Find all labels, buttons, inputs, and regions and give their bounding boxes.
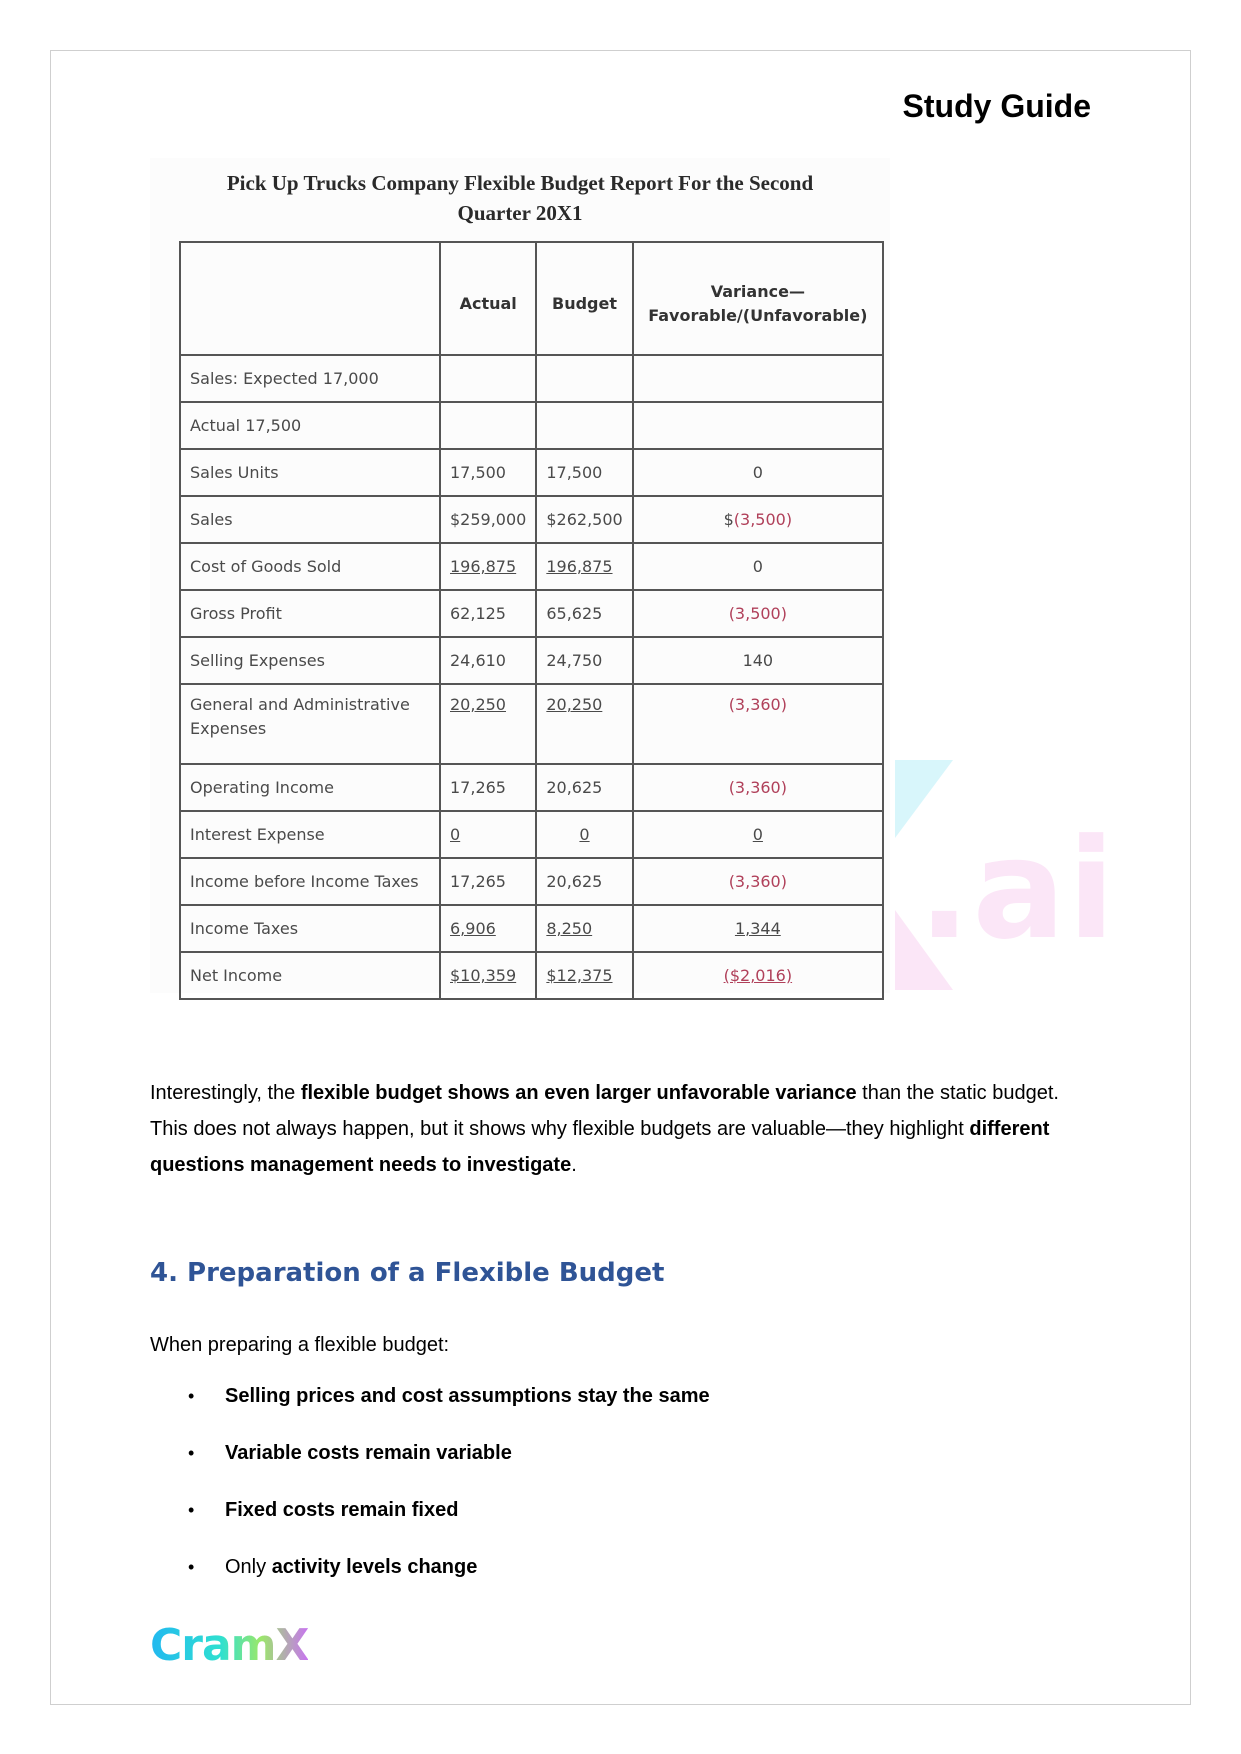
variance-cell: $(3,500) [633, 496, 883, 543]
bold-text: Fixed costs remain fixed [225, 1499, 458, 1521]
variance-cell [633, 402, 883, 449]
table-row: General and Administrative Expenses20,25… [180, 684, 883, 764]
row-label: Sales [180, 496, 440, 543]
row-label: General and Administrative Expenses [180, 684, 440, 764]
actual-cell [440, 355, 536, 402]
actual-cell-value: 20,250 [450, 695, 506, 714]
row-label-value: Income before Income Taxes [190, 872, 419, 891]
budget-cell: 65,625 [536, 590, 632, 637]
table-row: Net Income$10,359$12,375($2,016) [180, 952, 883, 999]
budget-cell-value: 65,625 [546, 604, 602, 623]
variance-cell: 0 [633, 811, 883, 858]
actual-cell-value: $10,359 [450, 966, 516, 985]
section-intro: When preparing a flexible budget: [150, 1334, 449, 1357]
figure-title: Pick Up Trucks Company Flexible Budget R… [190, 168, 850, 228]
row-label: Income before Income Taxes [180, 858, 440, 905]
variance-value: ($2,016) [724, 966, 792, 985]
variance-cell [633, 355, 883, 402]
table-row: Sales Units17,50017,5000 [180, 449, 883, 496]
bullet-list: Selling prices and cost assumptions stay… [150, 1384, 710, 1612]
actual-cell-value: 0 [450, 825, 460, 844]
budget-cell-value: $12,375 [546, 966, 612, 985]
list-item: Only activity levels change [150, 1555, 710, 1612]
bold-text: flexible budget shows an even larger unf… [301, 1082, 857, 1104]
row-label: Net Income [180, 952, 440, 999]
text: Only [225, 1556, 272, 1578]
actual-cell: $259,000 [440, 496, 536, 543]
variance-value: (3,360) [729, 695, 787, 714]
actual-cell-value: 17,500 [450, 463, 506, 482]
table-row: Actual 17,500 [180, 402, 883, 449]
actual-cell: 196,875 [440, 543, 536, 590]
variance-value: 140 [743, 651, 774, 670]
budget-cell-value: 20,625 [546, 872, 602, 891]
budget-cell-value: 20,625 [546, 778, 602, 797]
row-label: Operating Income [180, 764, 440, 811]
row-label-value: Income Taxes [190, 919, 298, 938]
header-label [180, 242, 440, 355]
variance-cell: ($2,016) [633, 952, 883, 999]
table-row: Sales$259,000$262,500$(3,500) [180, 496, 883, 543]
row-label-value: Sales: Expected 17,000 [190, 369, 379, 388]
row-label-value: Cost of Goods Sold [190, 557, 341, 576]
budget-cell: 20,250 [536, 684, 632, 764]
watermark-text: .ai [918, 815, 1117, 965]
budget-cell-value: 20,250 [546, 695, 602, 714]
row-label: Selling Expenses [180, 637, 440, 684]
actual-cell: 62,125 [440, 590, 536, 637]
variance-value: 1,344 [735, 919, 781, 938]
table-row: Operating Income17,26520,625(3,360) [180, 764, 883, 811]
variance-cell: 0 [633, 543, 883, 590]
budget-cell: 17,500 [536, 449, 632, 496]
table-row: Gross Profit62,12565,625(3,500) [180, 590, 883, 637]
section-heading: 4. Preparation of a Flexible Budget [150, 1258, 664, 1288]
variance-cell: (3,500) [633, 590, 883, 637]
variance-prefix: $ [724, 510, 734, 529]
row-label: Interest Expense [180, 811, 440, 858]
budget-cell: $262,500 [536, 496, 632, 543]
actual-cell: 6,906 [440, 905, 536, 952]
variance-value: (3,360) [729, 872, 787, 891]
variance-cell: (3,360) [633, 764, 883, 811]
budget-cell: 8,250 [536, 905, 632, 952]
actual-cell: 20,250 [440, 684, 536, 764]
actual-cell: 0 [440, 811, 536, 858]
variance-cell: 140 [633, 637, 883, 684]
header-budget: Budget [536, 242, 632, 355]
text: . [571, 1154, 577, 1176]
figure-title-line-2: Quarter 20X1 [190, 198, 850, 228]
row-label-value: Net Income [190, 966, 282, 985]
header-variance-line-1: Variance— [643, 280, 873, 304]
table-row: Income before Income Taxes17,26520,625(3… [180, 858, 883, 905]
actual-cell: $10,359 [440, 952, 536, 999]
actual-cell: 24,610 [440, 637, 536, 684]
table-row: Cost of Goods Sold196,875196,8750 [180, 543, 883, 590]
bold-text: activity levels change [272, 1556, 478, 1578]
table-row: Interest Expense000 [180, 811, 883, 858]
row-label-value: Sales [190, 510, 233, 529]
header-variance: Variance— Favorable/(Unfavorable) [633, 242, 883, 355]
page-header-title: Study Guide [903, 88, 1091, 125]
budget-cell: $12,375 [536, 952, 632, 999]
row-label: Sales: Expected 17,000 [180, 355, 440, 402]
table-row: Income Taxes6,9068,2501,344 [180, 905, 883, 952]
header-variance-line-2: Favorable/(Unfavorable) [643, 304, 873, 328]
figure-title-line-1: Pick Up Trucks Company Flexible Budget R… [190, 168, 850, 198]
budget-cell-value: 196,875 [546, 557, 612, 576]
actual-cell-value: 17,265 [450, 872, 506, 891]
budget-cell: 196,875 [536, 543, 632, 590]
list-item: Selling prices and cost assumptions stay… [150, 1384, 710, 1441]
variance-cell: (3,360) [633, 684, 883, 764]
row-label: Income Taxes [180, 905, 440, 952]
budget-cell: 20,625 [536, 858, 632, 905]
row-label-value: Interest Expense [190, 825, 325, 844]
actual-cell-value: 6,906 [450, 919, 496, 938]
actual-cell-value: $259,000 [450, 510, 526, 529]
actual-cell-value: 62,125 [450, 604, 506, 623]
list-item: Variable costs remain variable [150, 1441, 710, 1498]
variance-value: (3,500) [734, 510, 792, 529]
actual-cell [440, 402, 536, 449]
table-row: Selling Expenses24,61024,750140 [180, 637, 883, 684]
budget-cell-value: 8,250 [546, 919, 592, 938]
cramx-logo: CramX [150, 1620, 308, 1671]
row-label-value: Selling Expenses [190, 651, 325, 670]
bold-text: Variable costs remain variable [225, 1442, 512, 1464]
list-item: Fixed costs remain fixed [150, 1498, 710, 1555]
budget-report-figure: Pick Up Trucks Company Flexible Budget R… [150, 158, 890, 993]
header-actual: Actual [440, 242, 536, 355]
flexible-budget-table: Actual Budget Variance— Favorable/(Unfav… [179, 241, 884, 1000]
variance-cell: 0 [633, 449, 883, 496]
budget-cell-value: 0 [579, 825, 589, 844]
variance-cell: (3,360) [633, 858, 883, 905]
row-label: Sales Units [180, 449, 440, 496]
actual-cell: 17,265 [440, 858, 536, 905]
budget-cell: 20,625 [536, 764, 632, 811]
variance-value: (3,360) [729, 778, 787, 797]
actual-cell-value: 17,265 [450, 778, 506, 797]
budget-cell [536, 402, 632, 449]
budget-cell: 0 [536, 811, 632, 858]
table-header-row: Actual Budget Variance— Favorable/(Unfav… [180, 242, 883, 355]
table-row: Sales: Expected 17,000 [180, 355, 883, 402]
budget-cell-value: 17,500 [546, 463, 602, 482]
variance-value: 0 [753, 825, 763, 844]
variance-value: 0 [753, 557, 763, 576]
variance-value: 0 [753, 463, 763, 482]
text: Interestingly, the [150, 1082, 301, 1104]
actual-cell-value: 24,610 [450, 651, 506, 670]
row-label-value: General and Administrative Expenses [190, 695, 410, 738]
variance-value: (3,500) [729, 604, 787, 623]
row-label: Cost of Goods Sold [180, 543, 440, 590]
row-label-value: Operating Income [190, 778, 334, 797]
budget-cell [536, 355, 632, 402]
row-label-value: Actual 17,500 [190, 416, 301, 435]
budget-cell-value: $262,500 [546, 510, 622, 529]
variance-cell: 1,344 [633, 905, 883, 952]
row-label-value: Sales Units [190, 463, 279, 482]
bold-text: Selling prices and cost assumptions stay… [225, 1385, 710, 1407]
row-label-value: Gross Profit [190, 604, 282, 623]
row-label: Gross Profit [180, 590, 440, 637]
explanation-paragraph: Interestingly, the flexible budget shows… [150, 1075, 1090, 1183]
budget-cell: 24,750 [536, 637, 632, 684]
row-label: Actual 17,500 [180, 402, 440, 449]
actual-cell: 17,500 [440, 449, 536, 496]
budget-cell-value: 24,750 [546, 651, 602, 670]
actual-cell-value: 196,875 [450, 557, 516, 576]
actual-cell: 17,265 [440, 764, 536, 811]
